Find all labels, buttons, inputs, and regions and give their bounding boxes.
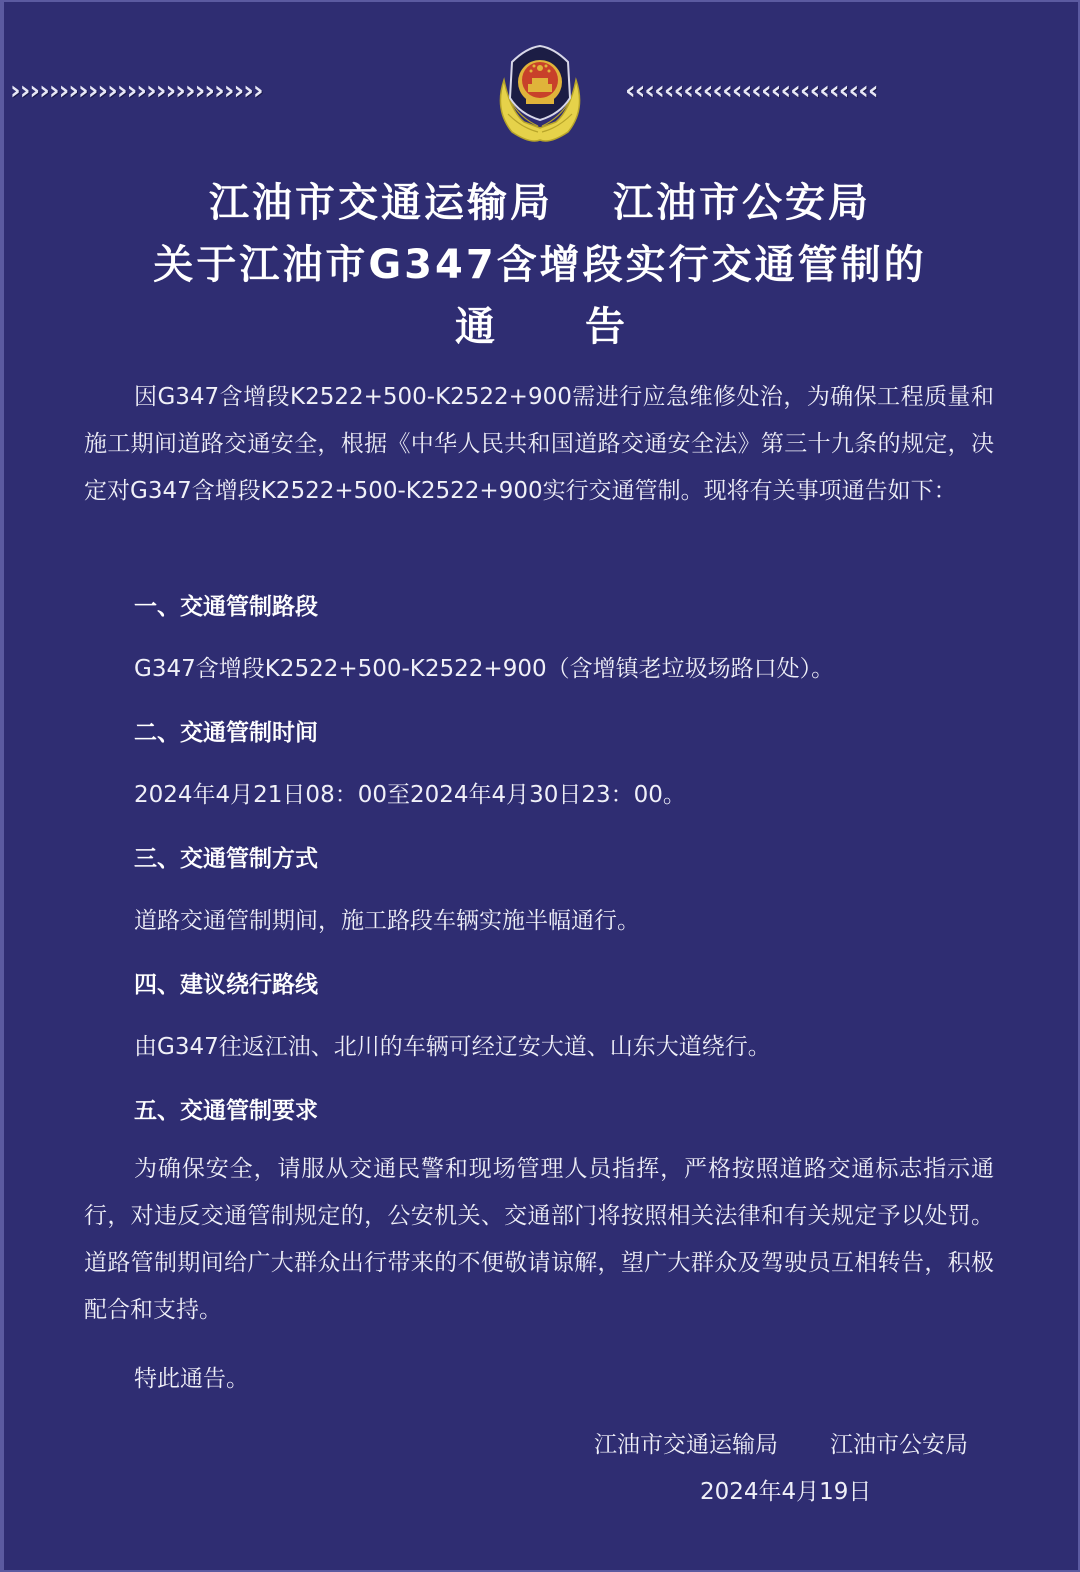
section-heading-4: 四、建议绕行路线	[134, 966, 318, 999]
title-notice-char-1: 通	[455, 296, 495, 358]
section-content-5: 为确保安全，请服从交通民警和现场管理人员指挥，严格按照道路交通标志指示通行，对违…	[84, 1146, 994, 1334]
section-content-4: 由G347往返江油、北川的车辆可经辽安大道、山东大道绕行。	[134, 1028, 771, 1061]
section-content-2: 2024年4月21日08：00至2024年4月30日23：00。	[134, 776, 686, 809]
section-heading-5: 五、交通管制要求	[134, 1092, 318, 1125]
title-issuer-transport-bureau: 江油市交通运输局	[209, 180, 553, 226]
intro-paragraph: 因G347含增段K2522+500-K2522+900需进行应急维修处治，为确保…	[84, 374, 994, 515]
title-issuer-police-bureau: 江油市公安局	[613, 180, 871, 226]
signature-police-bureau: 江油市公安局	[830, 1426, 968, 1459]
section-heading-2: 二、交通管制时间	[134, 714, 318, 747]
section-content-5-block: 为确保安全，请服从交通民警和现场管理人员指挥，严格按照道路交通标志指示通行，对违…	[84, 1146, 994, 1334]
title-issuers: 江油市交通运输局江油市公安局	[0, 172, 1080, 234]
signature-date: 2024年4月19日	[700, 1473, 871, 1506]
notice-title: 江油市交通运输局江油市公安局 关于江油市G347含增段实行交通管制的 通告	[0, 172, 1080, 358]
right-chevrons-decoration: ››››››››››››››››››››››››››	[10, 76, 263, 106]
section-heading-3: 三、交通管制方式	[134, 840, 318, 873]
intro-text: 因G347含增段K2522+500-K2522+900需进行应急维修处治，为确保…	[84, 374, 994, 515]
section-heading-1: 一、交通管制路段	[134, 588, 318, 621]
title-notice: 通告	[0, 296, 1080, 358]
title-notice-char-2: 告	[585, 296, 625, 358]
left-chevrons-decoration: ‹‹‹‹‹‹‹‹‹‹‹‹‹‹‹‹‹‹‹‹‹‹‹‹‹‹	[625, 76, 878, 106]
section-content-1: G347含增段K2522+500-K2522+900（含增镇老垃圾场路口处）。	[134, 650, 834, 683]
section-content-3: 道路交通管制期间，施工路段车辆实施半幅通行。	[134, 902, 640, 935]
signature-transport-bureau: 江油市交通运输局	[594, 1426, 778, 1459]
title-subject: 关于江油市G347含增段实行交通管制的	[0, 234, 1080, 296]
closing-text: 特此通告。	[134, 1360, 249, 1393]
police-emblem-icon	[490, 40, 590, 144]
